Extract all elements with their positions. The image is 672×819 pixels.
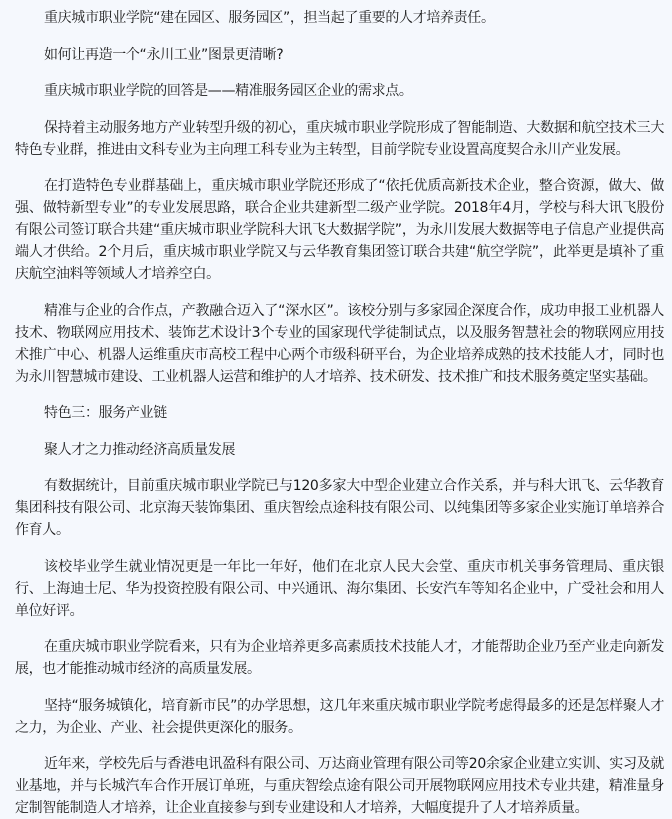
paragraph-industry-colleges: 在打造特色专业群基础上，重庆城市职业学院还形成了“依托优质高新技术企业，整合资源…	[15, 175, 664, 285]
paragraph-answer: 重庆城市职业学院的回答是——精准服务园区企业的需求点。	[15, 80, 664, 102]
paragraph-philosophy: 坚持“服务城镇化，培育新市民”的办学思想，这几年来重庆城市职业学院考虑得最多的还…	[15, 695, 664, 739]
paragraph-question: 如何让再造一个“永川工业”图景更清晰?	[15, 44, 664, 66]
section-subheading: 聚人才之力推动经济高质量发展	[15, 439, 664, 461]
paragraph-recent-years: 近年来，学校先后与香港电讯盈科有限公司、万达商业管理有限公司等20余家企业建立实…	[15, 753, 664, 819]
paragraph-statistics: 有数据统计，目前重庆城市职业学院已与120多家大中型企业建立合作关系，并与科大讯…	[15, 475, 664, 541]
article-body: 重庆城市职业学院“建在园区、服务园区”，担当起了重要的人才培养责任。 如何让再造…	[0, 0, 672, 819]
section-heading-feature-three: 特色三：服务产业链	[15, 402, 664, 424]
paragraph-intro: 重庆城市职业学院“建在园区、服务园区”，担当起了重要的人才培养责任。	[15, 7, 664, 29]
paragraph-industry-education: 精准与企业的合作点，产教融合迈入了“深水区”。该校分别与多家园企深度合作，成功申…	[15, 300, 664, 388]
paragraph-specialty-groups: 保持着主动服务地方产业转型升级的初心，重庆城市职业学院形成了智能制造、大数据和航…	[15, 117, 664, 161]
paragraph-employment: 该校毕业学生就业情况更是一年比一年好，他们在北京人民大会堂、重庆市机关事务管理局…	[15, 556, 664, 622]
paragraph-talent-view: 在重庆城市职业学院看来，只有为企业培养更多高素质技术技能人才，才能帮助企业乃至产…	[15, 636, 664, 680]
